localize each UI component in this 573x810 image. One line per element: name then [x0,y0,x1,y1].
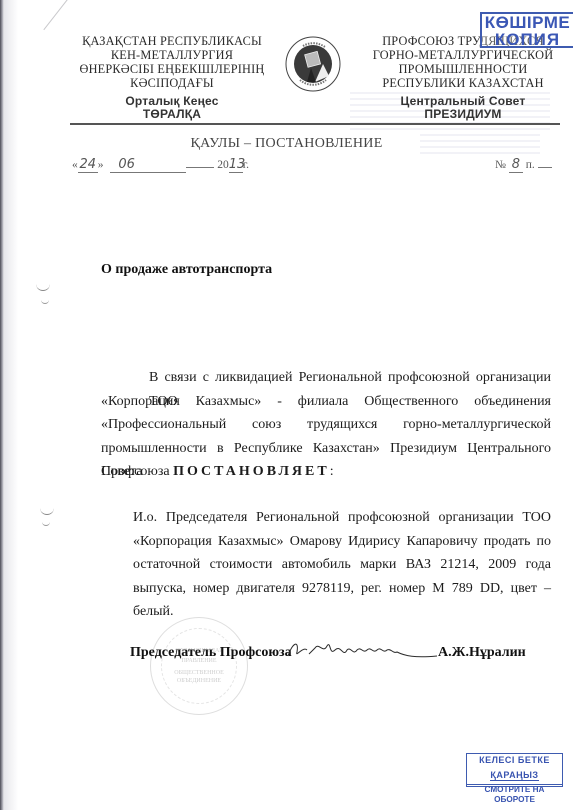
preamble-line: «Корпорация Казахмыс» - филиала Обществе… [101,390,551,414]
preamble-line: В связи с ликвидацией Региональной профс… [101,366,551,390]
document-type: ҚАУЛЫ – ПОСТАНОВЛЕНИЕ [0,136,573,152]
copy-stamp: КӨШІРМЕ КОПИЯ [480,12,573,48]
paper-crease [43,0,68,30]
header-ru-line: ПРОМЫШЛЕННОСТИ [363,62,563,76]
preamble-paragraph: В связи с ликвидацией Региональной профс… [101,366,551,484]
union-emblem-icon [285,36,341,92]
date-quote-close: » [98,159,104,171]
date-year-unit: г. [243,159,249,171]
round-seal-inner-ring [161,628,237,704]
preamble-line: «Профессиональный союз трудящихся горно-… [101,413,551,437]
resolves-colon: : [330,464,334,479]
header-kazakh: ҚАЗАҚСТАН РЕСПУБЛИКАСЫ КЕН-МЕТАЛЛУРГИЯ Ө… [64,34,280,121]
see-reverse-kz-line2: ҚАРАҢЫЗ [490,770,538,781]
resolves-keyword: ПОСТАНОВЛЯЕТ [173,464,330,479]
signatory-name: А.Ж.Нұралин [438,645,526,661]
header-kz-line: КӘСІПОДАҒЫ [64,76,280,90]
punch-hole-mark [40,506,54,515]
document-number: № 8 п. [495,157,552,173]
round-seal: ЖҰМЫСШЫЛАР ПРАВЛЕНИЕ ОБЩЕСТВЕННОЕ ОБЪЕДИ… [150,617,248,715]
date-day: 24 [78,157,98,173]
copy-stamp-ru: КОПИЯ [482,31,573,48]
see-reverse-kz-line1: КЕЛЕСІ БЕТКЕ [467,755,562,765]
header-ru-presidium: ПРЕЗИДИУМ [363,108,563,121]
date-year-prefix: 20 [217,159,229,171]
decision-line: выпуска, номер двигателя 9278119, рег. н… [133,577,551,601]
decision-line: «Корпорация Казахмыс» Омарову Идирису Ка… [133,530,551,554]
scan-shadow [4,0,18,810]
header-kz-presidium: ТӨРАЛҚА [64,108,280,121]
header-divider [70,123,560,125]
preamble-union-word: Профсоюза [101,464,170,479]
decision-paragraph: И.о. Председателя Региональной профсоюзн… [133,506,551,600]
number-sign: № [495,159,506,171]
punch-hole-mark [41,300,49,304]
header-ru-line: ГОРНО-МЕТАЛЛУРГИЧЕСКОЙ [363,48,563,62]
date-month: 06 [110,157,186,173]
header-kz-line: КЕН-МЕТАЛЛУРГИЯ [64,48,280,62]
number-blank [538,167,552,168]
decision-line: И.о. Председателя Региональной профсоюзн… [133,506,551,530]
seal-text: ОБЪЕДИНЕНИЕ [151,678,247,685]
seal-text: ОБЩЕСТВЕННОЕ [151,670,247,677]
signatory-title: Председатель Профсоюза [130,645,292,661]
document-date: «24» 06 2013г. [72,157,249,173]
date-year-suffix: 13 [229,157,243,173]
header-kz-line: ӨНЕРКӘСІБІ ЕҢБЕКШІЛЕРІНІҢ [64,62,280,76]
preamble-last-line: Профсоюза ПОСТАНОВЛЯЕТ: [101,460,551,484]
punch-hole-mark [36,282,50,291]
decision-line: остаточной стоимости автомобиль марки ВА… [133,553,551,577]
document-subject: О продаже автотранспорта [101,262,272,278]
see-reverse-stamp: КЕЛЕСІ БЕТКЕ ҚАРАҢЫЗ СМОТРИТЕ НА ОБОРОТЕ [466,753,563,787]
handwritten-signature-icon [285,636,440,666]
header-ru-line: РЕСПУБЛИКИ КАЗАХСТАН [363,76,563,90]
see-reverse-ru: СМОТРИТЕ НА ОБОРОТЕ [467,784,562,805]
preamble-line: промышленности в Республике Казахстан» П… [101,437,551,461]
copy-stamp-kz: КӨШІРМЕ [482,14,573,31]
date-month-line [186,167,214,168]
punch-hole-mark [42,522,50,526]
number-value: 8 [509,157,523,173]
header-kz-line: ҚАЗАҚСТАН РЕСПУБЛИКАСЫ [64,34,280,48]
number-suffix: п. [526,159,535,171]
